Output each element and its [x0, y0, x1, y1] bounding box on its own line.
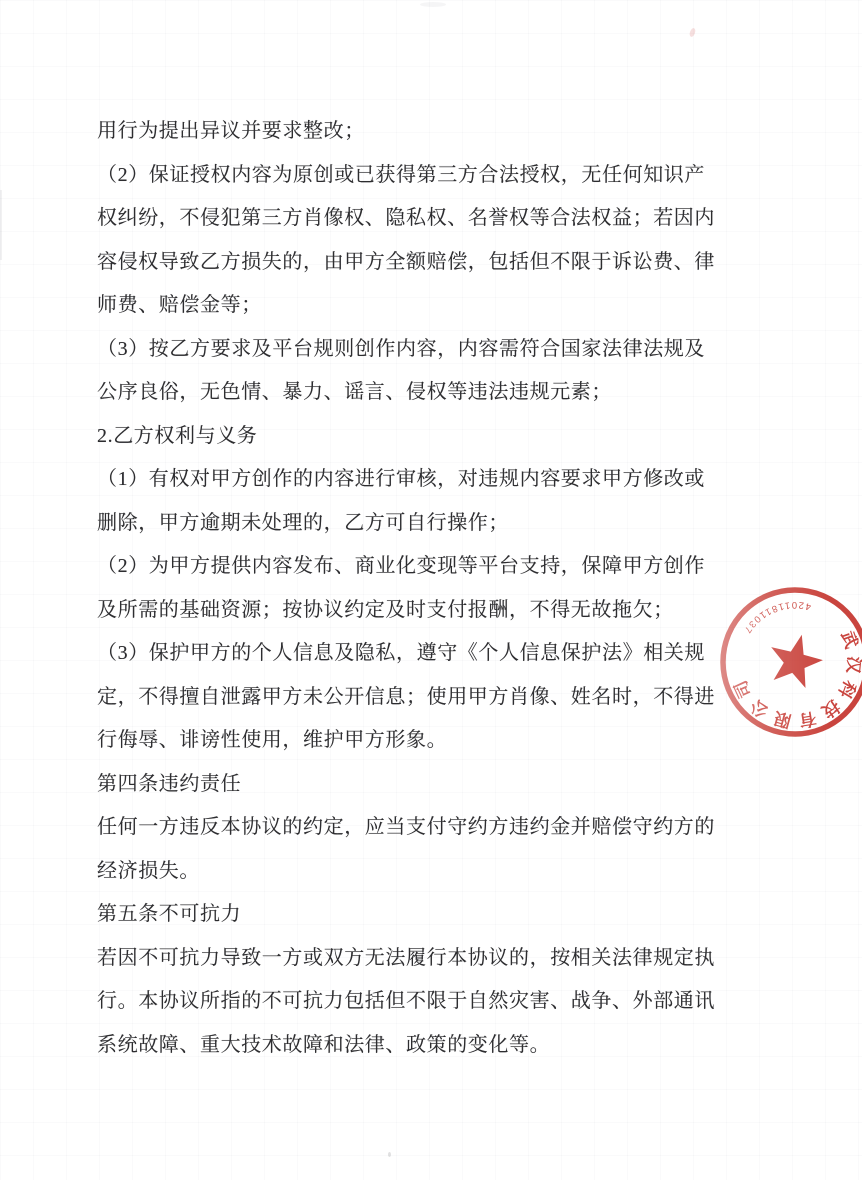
scan-artifact [0, 190, 2, 260]
contract-line: 行侮辱、诽谤性使用，维护甲方形象。 [97, 719, 737, 763]
contract-line: 公序良俗，无色情、暴力、谣言、侵权等违法违规元素； [97, 371, 737, 415]
contract-line: 权纠纷，不侵犯第三方肖像权、隐私权、名誉权等合法权益；若因内 [97, 197, 737, 241]
contract-line: 若因不可抗力导致一方或双方无法履行本协议的，按相关法律规定执 [97, 937, 737, 981]
contract-line: 定，不得擅自泄露甲方未公开信息；使用甲方肖像、姓名时，不得进 [97, 676, 737, 720]
contract-line: 经济损失。 [97, 850, 737, 894]
contract-line: 2.乙方权利与义务 [97, 415, 737, 459]
contract-line: 用行为提出异议并要求整改； [97, 110, 737, 154]
contract-line: （3）保护甲方的个人信息及隐私，遵守《个人信息保护法》相关规 [97, 632, 737, 676]
scanned-contract-page: { "page": { "background": "#ffffff", "te… [0, 0, 862, 1180]
contract-line: 容侵权导致乙方损失的，由甲方全额赔偿，包括但不限于诉讼费、律 [97, 241, 737, 285]
contract-line: 行。本协议所指的不可抗力包括但不限于自然灾害、战争、外部通讯 [97, 980, 737, 1024]
contract-line: 第四条违约责任 [97, 763, 737, 807]
contract-line: 任何一方违反本协议的约定，应当支付守约方违约金并赔偿守约方的 [97, 806, 737, 850]
contract-line: 及所需的基础资源；按协议约定及时支付报酬，不得无故拖欠； [97, 589, 737, 633]
seal-company-text: 武汉科技有限公司 [728, 627, 862, 750]
contract-line: （2）保证授权内容为原创或已获得第三方合法授权，无任何知识产 [97, 154, 737, 198]
scan-artifact [689, 27, 697, 37]
contract-line: 系统故障、重大技术故障和法律、政策的变化等。 [97, 1024, 737, 1068]
scan-artifact [388, 1152, 391, 1157]
seal-serial-number: 42011811037 [736, 589, 816, 638]
star-icon [762, 631, 830, 698]
contract-line: （3）按乙方要求及平台规则创作内容，内容需符合国家法律法规及 [97, 328, 737, 372]
contract-line: （1）有权对甲方创作的内容进行审核，对违规内容要求甲方修改或 [97, 458, 737, 502]
contract-body: 用行为提出异议并要求整改；（2）保证授权内容为原创或已获得第三方合法授权，无任何… [97, 110, 737, 1067]
contract-line: 删除，甲方逾期未处理的，乙方可自行操作； [97, 502, 737, 546]
contract-line: 第五条不可抗力 [97, 893, 737, 937]
contract-line: （2）为甲方提供内容发布、商业化变现等平台支持，保障甲方创作 [97, 545, 737, 589]
contract-line: 师费、赔偿金等； [97, 284, 737, 328]
scan-artifact [420, 2, 446, 7]
